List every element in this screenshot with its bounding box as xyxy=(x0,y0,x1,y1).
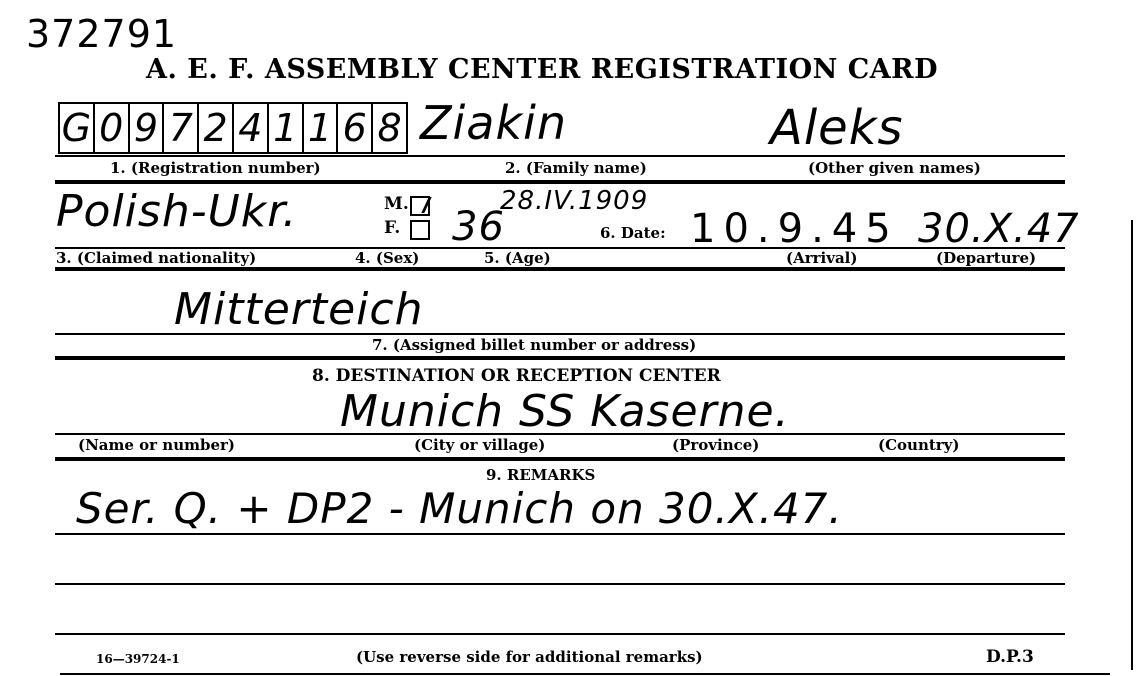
destination-value: Munich SS Kaserne. xyxy=(340,386,790,437)
reg-cell: 7 xyxy=(164,104,199,152)
card-title: A. E. F. ASSEMBLY CENTER REGISTRATION CA… xyxy=(146,54,938,85)
claimed-nationality-value: Polish-Ukr. xyxy=(56,186,297,237)
reg-cell: 9 xyxy=(130,104,165,152)
destination-heading: 8. DESTINATION OR RECEPTION CENTER xyxy=(312,366,721,386)
sex-label: 4. (Sex) xyxy=(355,249,419,267)
other-given-names-value: Aleks xyxy=(770,100,904,156)
date-label: 6. Date: xyxy=(600,224,666,242)
rule-line xyxy=(55,633,1065,635)
rule-line xyxy=(55,356,1065,360)
other-given-names-label: (Other given names) xyxy=(808,159,981,177)
registration-number-label: 1. (Registration number) xyxy=(110,159,321,177)
registration-number-box: G 0 9 7 2 4 1 1 6 8 xyxy=(58,102,408,154)
reg-cell: 8 xyxy=(373,104,406,152)
reg-cell: 6 xyxy=(338,104,373,152)
form-code: 16—39724-1 xyxy=(96,652,180,666)
rule-line xyxy=(55,457,1065,461)
reg-cell: 1 xyxy=(269,104,304,152)
card-right-edge xyxy=(1131,220,1133,670)
destination-province-label: (Province) xyxy=(672,436,759,454)
departure-date-value: 30.X.47 xyxy=(918,206,1080,252)
destination-city-label: (City or village) xyxy=(414,436,545,454)
rule-line xyxy=(55,155,1065,157)
sex-male-label: M. xyxy=(384,194,409,214)
billet-value: Mitterteich xyxy=(174,284,423,335)
remarks-heading: 9. REMARKS xyxy=(486,466,595,484)
reg-cell: G xyxy=(60,104,95,152)
family-name-label: 2. (Family name) xyxy=(505,159,647,177)
billet-label: 7. (Assigned billet number or address) xyxy=(372,336,696,354)
age-label: 5. (Age) xyxy=(484,249,551,267)
remarks-value: Ser. Q. + DP2 - Munich on 30.X.47. xyxy=(76,484,843,533)
arrival-label: (Arrival) xyxy=(786,249,857,267)
rule-line xyxy=(55,180,1065,184)
sex-female-checkbox[interactable] xyxy=(410,220,430,240)
age-value: 36 xyxy=(452,204,505,250)
reg-cell: 0 xyxy=(95,104,130,152)
arrival-date-value: 10.9.45 xyxy=(690,206,899,252)
destination-country-label: (Country) xyxy=(878,436,960,454)
rule-line xyxy=(55,583,1065,585)
sex-male-checkbox[interactable] xyxy=(410,196,430,216)
birth-date-value: 28.IV.1909 xyxy=(500,186,648,216)
family-name-value: Ziakin xyxy=(420,96,567,150)
rule-line xyxy=(55,267,1065,271)
claimed-nationality-label: 3. (Claimed nationality) xyxy=(56,249,256,267)
reg-cell: 2 xyxy=(199,104,234,152)
rule-line xyxy=(55,333,1065,335)
destination-name-label: (Name or number) xyxy=(78,436,235,454)
sex-female-label: F. xyxy=(384,218,400,238)
departure-label: (Departure) xyxy=(936,249,1036,267)
rule-line xyxy=(55,533,1065,535)
card-bottom-edge xyxy=(60,673,1110,675)
handwritten-serial-number: 372791 xyxy=(26,12,177,56)
reg-cell: 1 xyxy=(304,104,339,152)
reg-cell: 4 xyxy=(234,104,269,152)
rule-line xyxy=(55,433,1065,435)
reverse-side-note: (Use reverse side for additional remarks… xyxy=(356,648,703,666)
form-id: D.P.3 xyxy=(986,647,1034,667)
